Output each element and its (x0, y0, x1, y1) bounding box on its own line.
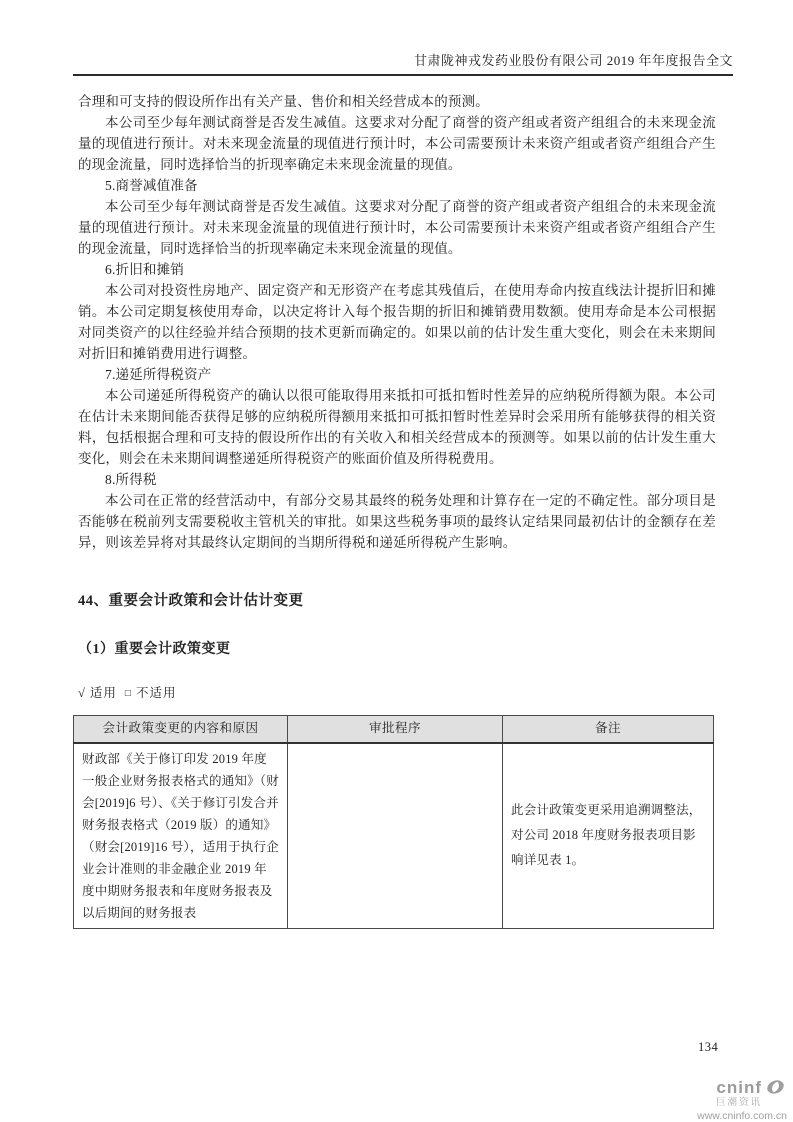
cninfo-url: www.cninfo.com.cn (697, 1111, 787, 1122)
section-heading-44: 44、重要会计政策和会计估计变更 (78, 591, 716, 612)
accounting-policy-change-table: 会计政策变更的内容和原因 审批程序 备注 财政部《关于修订印发 2019 年度一… (73, 715, 714, 929)
subsection-title-deferred-tax: 7.递延所得税资产 (78, 364, 716, 385)
cninfo-logo: cninf 巨潮资讯 www.cninfo.com.cn (697, 1077, 787, 1121)
subsection-title-goodwill-impairment: 5.商誉减值准备 (78, 175, 716, 196)
paragraph: 本公司至少每年测试商誉是否发生减值。这要求对分配了商誉的资产组或者资产组组合的未… (78, 196, 716, 259)
cninfo-swirl-icon (764, 1077, 787, 1097)
checkmark-icon: √ (78, 683, 86, 704)
cninfo-logo-top: cninf (697, 1077, 787, 1097)
cell-approval (288, 743, 503, 929)
cninfo-wordmark: cninf (716, 1079, 762, 1096)
cninfo-subtitle: 巨潮资讯 (697, 1098, 762, 1108)
applicability-line: √适用□不适用 (78, 683, 716, 705)
page-number: 134 (698, 1040, 718, 1055)
report-header-title: 甘肃陇神戎发药业股份有限公司 2019 年年度报告全文 (73, 50, 733, 76)
paragraph: 本公司至少每年测试商誉是否发生减值。这要求对分配了商誉的资产组或者资产组组合的未… (78, 112, 716, 175)
column-header-content-reason: 会计政策变更的内容和原因 (74, 716, 288, 743)
report-body: 合理和可支持的假设所作出有关产量、售价和相关经营成本的预测。 本公司至少每年测试… (78, 91, 716, 929)
subsection-title-depreciation: 6.折旧和摊销 (78, 259, 716, 280)
paragraph: 本公司对投资性房地产、固定资产和无形资产在考虑其残值后，在使用寿命内按直线法计提… (78, 280, 716, 364)
cell-content-reason: 财政部《关于修订印发 2019 年度一般企业财务报表格式的通知》（财会[2019… (74, 743, 288, 929)
empty-checkbox-icon: □ (125, 683, 132, 704)
paragraph: 合理和可支持的假设所作出有关产量、售价和相关经营成本的预测。 (78, 91, 716, 112)
table-row: 财政部《关于修订印发 2019 年度一般企业财务报表格式的通知》（财会[2019… (74, 743, 714, 929)
paragraph: 本公司递延所得税资产的确认以很可能取得用来抵扣可抵扣暂时性差异的应纳税所得额为限… (78, 385, 716, 469)
cell-remark: 此会计政策变更采用追溯调整法，对公司 2018 年度财务报表项目影响详见表 1。 (503, 743, 714, 929)
column-header-approval: 审批程序 (288, 716, 503, 743)
applicable-label: 适用 (90, 686, 117, 700)
column-header-remark: 备注 (503, 716, 714, 743)
paragraph: 本公司在正常的经营活动中，有部分交易其最终的税务处理和计算存在一定的不确定性。部… (78, 490, 716, 553)
subsection-heading-1: （1）重要会计政策变更 (78, 639, 716, 660)
subsection-title-income-tax: 8.所得税 (78, 469, 716, 490)
not-applicable-label: 不适用 (136, 686, 177, 700)
table-header-row: 会计政策变更的内容和原因 审批程序 备注 (74, 716, 714, 743)
report-page: 甘肃陇神戎发药业股份有限公司 2019 年年度报告全文 合理和可支持的假设所作出… (0, 0, 793, 1122)
